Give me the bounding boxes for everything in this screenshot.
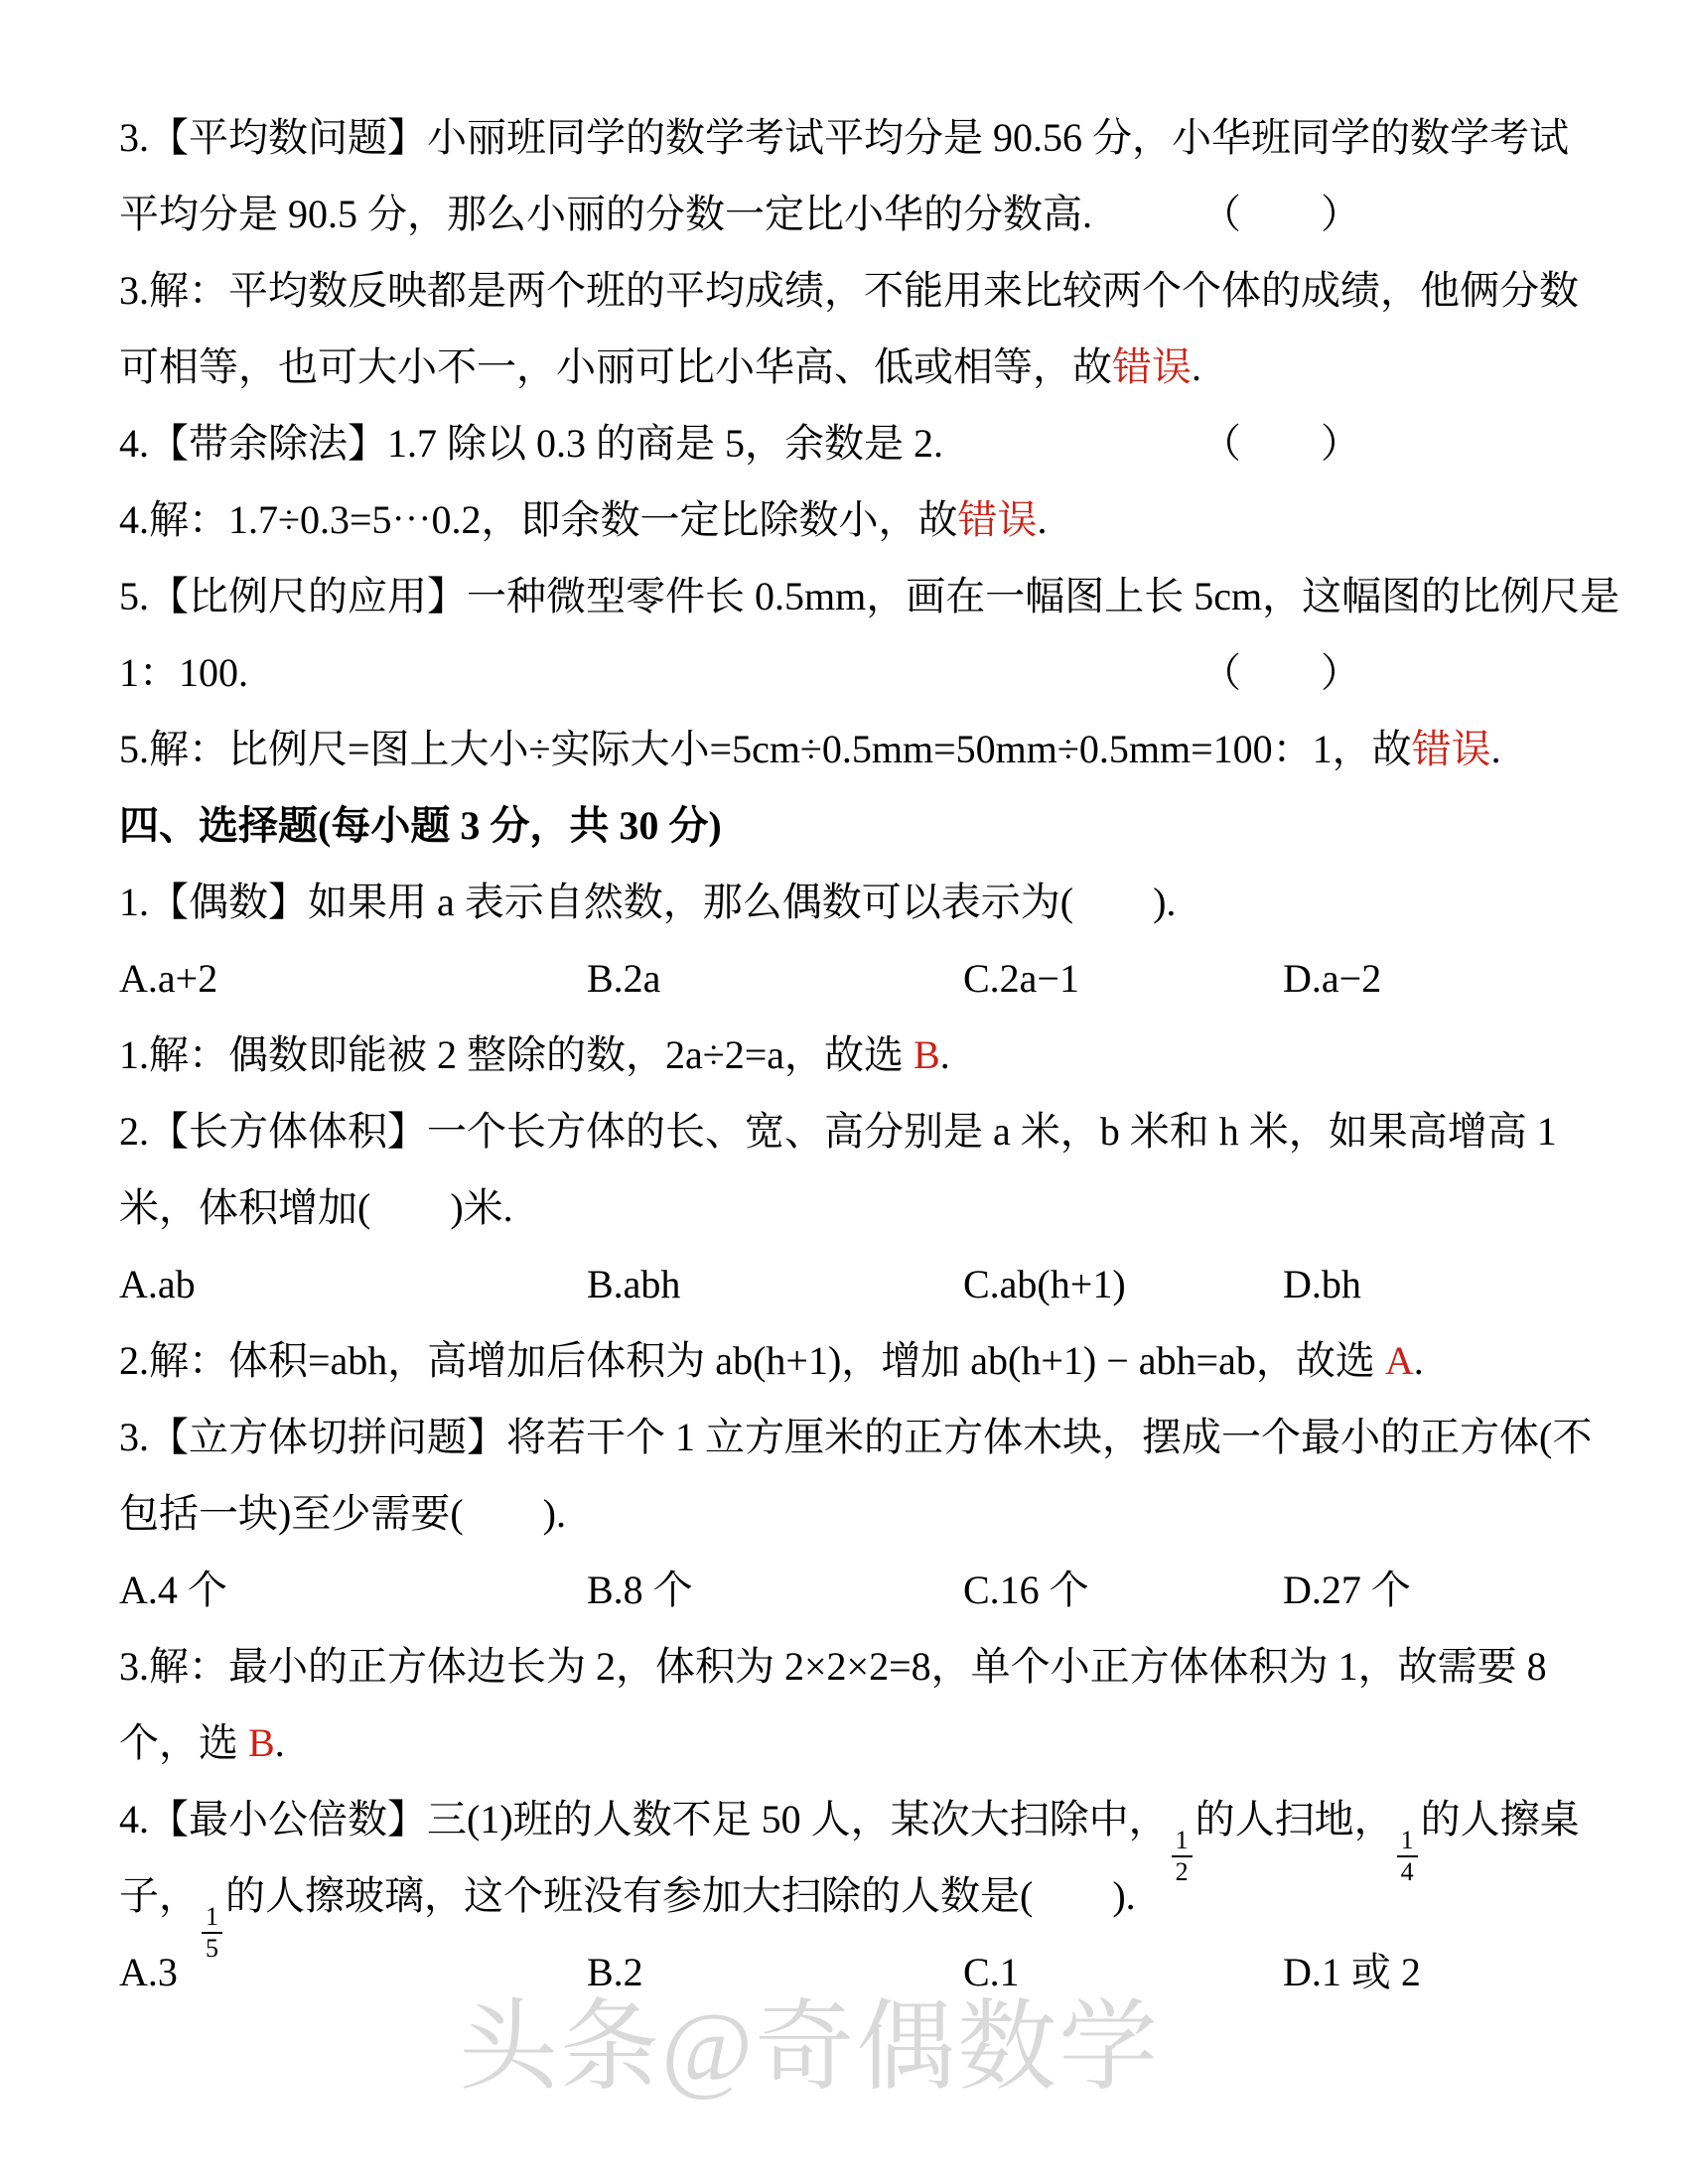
choice-q1-option-d: D.a−2 <box>1283 940 1589 1017</box>
judge-q5-solution-period: . <box>1491 727 1501 771</box>
choice-q3-option-a: A.4 个 <box>119 1552 587 1628</box>
choice-q4-stem-line2: 子，15的人擦玻璃，这个班没有参加大扫除的人数是( ). <box>119 1857 1589 1934</box>
judge-q3-answer-parentheses: （ ） <box>1201 176 1360 252</box>
fraction-numerator: 1 <box>202 1904 222 1934</box>
judge-q5-stem-text1: 5.【比例尺的应用】一种微型零件长 0.5mm，画在一幅图上长 5cm，这幅图的… <box>119 574 1619 618</box>
choice-q2-stem-text1: 2.【长方体体积】一个长方体的长、宽、高分别是 a 米，b 米和 h 米，如果高… <box>119 1109 1557 1154</box>
choice-q3-solution-text2: 个，选 <box>119 1720 248 1765</box>
judge-q3-solution-period: . <box>1192 344 1201 389</box>
choice-q1-option-b: B.2a <box>587 940 963 1017</box>
choice-q1-stem-text: 1.【偶数】如果用 a 表示自然数，那么偶数可以表示为( ). <box>119 880 1176 924</box>
judge-q4-stem-text1: 4.【带余除法】1.7 除以 0.3 的商是 5，余数是 2. <box>119 405 943 481</box>
judge-q3-solution-text1: 3.解：平均数反映都是两个班的平均成绩，不能用来比较两个个体的成绩，他俩分数 <box>119 268 1579 313</box>
judge-q5-stem-text2: 1：100. <box>119 634 248 711</box>
choice-q3-option-d: D.27 个 <box>1283 1552 1589 1628</box>
choice-q2-option-b: B.abh <box>587 1246 963 1322</box>
choice-q4-option-b: B.2 <box>587 1934 963 2010</box>
choice-q3-solution-period: . <box>275 1720 285 1765</box>
choice-q3-solution-line2: 个，选 B. <box>119 1705 1589 1781</box>
choice-q3-stem-text1: 3.【立方体切拼问题】将若干个 1 立方厘米的正方体木块，摆成一个最小的正方体(… <box>119 1415 1592 1459</box>
choice-q1-solution-period: . <box>940 1032 950 1077</box>
choice-q2-option-d: D.bh <box>1283 1246 1589 1322</box>
judge-q5-verdict: 错误 <box>1412 727 1491 771</box>
judge-q4-solution-text1: 4.解：1.7÷0.3=5⋯0.2，即余数一定比除数小，故 <box>119 497 958 542</box>
judge-q4-answer-parentheses: （ ） <box>1201 405 1360 481</box>
choice-q2-solution-period: . <box>1414 1338 1424 1383</box>
choice-q3-stem-text2: 包括一块)至少需要( ). <box>119 1491 566 1536</box>
choice-q3-option-c: C.16 个 <box>963 1552 1283 1628</box>
choice-q4-stem-line1: 4.【最小公倍数】三(1)班的人数不足 50 人，某次大扫除中，12的人扫地，1… <box>119 1781 1589 1857</box>
judge-q3-solution-line2: 可相等，也可大小不一，小丽可比小华高、低或相等，故错误. <box>119 329 1589 405</box>
exam-answer-page: 3.【平均数问题】小丽班同学的数学考试平均分是 90.56 分，小华班同学的数学… <box>0 0 1688 2184</box>
choice-q4-stem-text2b: 的人擦玻璃，这个班没有参加大扫除的人数是( ). <box>225 1873 1136 1918</box>
judge-q4-solution-line1: 4.解：1.7÷0.3=5⋯0.2，即余数一定比除数小，故错误. <box>119 481 1589 558</box>
choice-q2-option-a: A.ab <box>119 1246 587 1322</box>
choice-q2-stem-text2: 米，体积增加( )米. <box>119 1185 513 1230</box>
choice-q2-options-row: A.ab B.abh C.ab(h+1) D.bh <box>119 1246 1589 1322</box>
judge-q5-answer-parentheses: （ ） <box>1201 634 1360 711</box>
choice-q1-solution: 1.解：偶数即能被 2 整除的数，2a÷2=a，故选 B. <box>119 1017 1589 1093</box>
judge-q5-solution-text1: 5.解：比例尺=图上大小÷实际大小=5cm÷0.5mm=50mm÷0.5mm=1… <box>119 727 1412 771</box>
choice-section-heading-text: 四、选择题(每小题 3 分，共 30 分) <box>119 803 722 848</box>
judge-q3-stem-line2: 平均分是 90.5 分，那么小丽的分数一定比小华的分数高. （ ） <box>119 176 1589 252</box>
choice-section-heading: 四、选择题(每小题 3 分，共 30 分) <box>119 787 1589 864</box>
choice-q2-stem-line2: 米，体积增加( )米. <box>119 1169 1589 1246</box>
judge-q3-verdict: 错误 <box>1112 344 1192 389</box>
choice-q1-solution-text: 1.解：偶数即能被 2 整除的数，2a÷2=a，故选 <box>119 1032 914 1077</box>
choice-q4-stem-text1b: 的人扫地， <box>1196 1797 1394 1842</box>
judge-q5-solution-line1: 5.解：比例尺=图上大小÷实际大小=5cm÷0.5mm=50mm÷0.5mm=1… <box>119 711 1589 787</box>
choice-q4-stem-text1c: 的人擦桌 <box>1421 1797 1580 1842</box>
choice-q4-stem-text2a: 子， <box>119 1873 199 1918</box>
choice-q2-solution: 2.解：体积=abh，高增加后体积为 ab(h+1)，增加 ab(h+1) − … <box>119 1322 1589 1399</box>
fraction-numerator: 1 <box>1172 1828 1193 1857</box>
judge-q4-verdict: 错误 <box>958 497 1038 542</box>
choice-q2-answer-letter: A <box>1385 1338 1414 1383</box>
judge-q3-stem-line1: 3.【平均数问题】小丽班同学的数学考试平均分是 90.56 分，小华班同学的数学… <box>119 99 1589 176</box>
choice-q1-option-a: A.a+2 <box>119 940 587 1017</box>
choice-q1-options-row: A.a+2 B.2a C.2a−1 D.a−2 <box>119 940 1589 1017</box>
choice-q3-answer-letter: B <box>248 1720 275 1765</box>
judge-q4-stem-line1: 4.【带余除法】1.7 除以 0.3 的商是 5，余数是 2. （ ） <box>119 405 1589 481</box>
fraction-numerator: 1 <box>1397 1828 1418 1857</box>
choice-q1-answer-letter: B <box>914 1032 940 1077</box>
choice-q3-stem-line1: 3.【立方体切拼问题】将若干个 1 立方厘米的正方体木块，摆成一个最小的正方体(… <box>119 1399 1589 1475</box>
judge-q3-solution-text2: 可相等，也可大小不一，小丽可比小华高、低或相等，故 <box>119 344 1112 389</box>
choice-q4-stem-text1a: 4.【最小公倍数】三(1)班的人数不足 50 人，某次大扫除中， <box>119 1797 1169 1842</box>
judge-q3-stem-text1: 3.【平均数问题】小丽班同学的数学考试平均分是 90.56 分，小华班同学的数学… <box>119 115 1569 160</box>
choice-q3-solution-text1: 3.解：最小的正方体边长为 2，体积为 2×2×2=8，单个小正方体体积为 1，… <box>119 1644 1547 1689</box>
choice-q3-options-row: A.4 个 B.8 个 C.16 个 D.27 个 <box>119 1552 1589 1628</box>
choice-q2-option-c: C.ab(h+1) <box>963 1246 1283 1322</box>
choice-q4-option-c: C.1 <box>963 1934 1283 2010</box>
choice-q2-solution-text: 2.解：体积=abh，高增加后体积为 ab(h+1)，增加 ab(h+1) − … <box>119 1338 1385 1383</box>
choice-q1-option-c: C.2a−1 <box>963 940 1283 1017</box>
judge-q3-solution-line1: 3.解：平均数反映都是两个班的平均成绩，不能用来比较两个个体的成绩，他俩分数 <box>119 252 1589 329</box>
choice-q4-options-row: A.3 B.2 C.1 D.1 或 2 <box>119 1934 1589 2010</box>
choice-q3-option-b: B.8 个 <box>587 1552 963 1628</box>
judge-q4-solution-period: . <box>1038 497 1048 542</box>
choice-q4-option-d: D.1 或 2 <box>1283 1934 1589 2010</box>
choice-q2-stem-line1: 2.【长方体体积】一个长方体的长、宽、高分别是 a 米，b 米和 h 米，如果高… <box>119 1093 1589 1169</box>
judge-q5-stem-line1: 5.【比例尺的应用】一种微型零件长 0.5mm，画在一幅图上长 5cm，这幅图的… <box>119 558 1589 634</box>
judge-q3-stem-text2: 平均分是 90.5 分，那么小丽的分数一定比小华的分数高. <box>119 176 1092 252</box>
judge-q5-stem-line2: 1：100. （ ） <box>119 634 1589 711</box>
choice-q3-solution-line1: 3.解：最小的正方体边长为 2，体积为 2×2×2=8，单个小正方体体积为 1，… <box>119 1628 1589 1705</box>
choice-q1-stem: 1.【偶数】如果用 a 表示自然数，那么偶数可以表示为( ). <box>119 864 1589 940</box>
choice-q3-stem-line2: 包括一块)至少需要( ). <box>119 1475 1589 1552</box>
choice-q4-option-a: A.3 <box>119 1934 587 2010</box>
